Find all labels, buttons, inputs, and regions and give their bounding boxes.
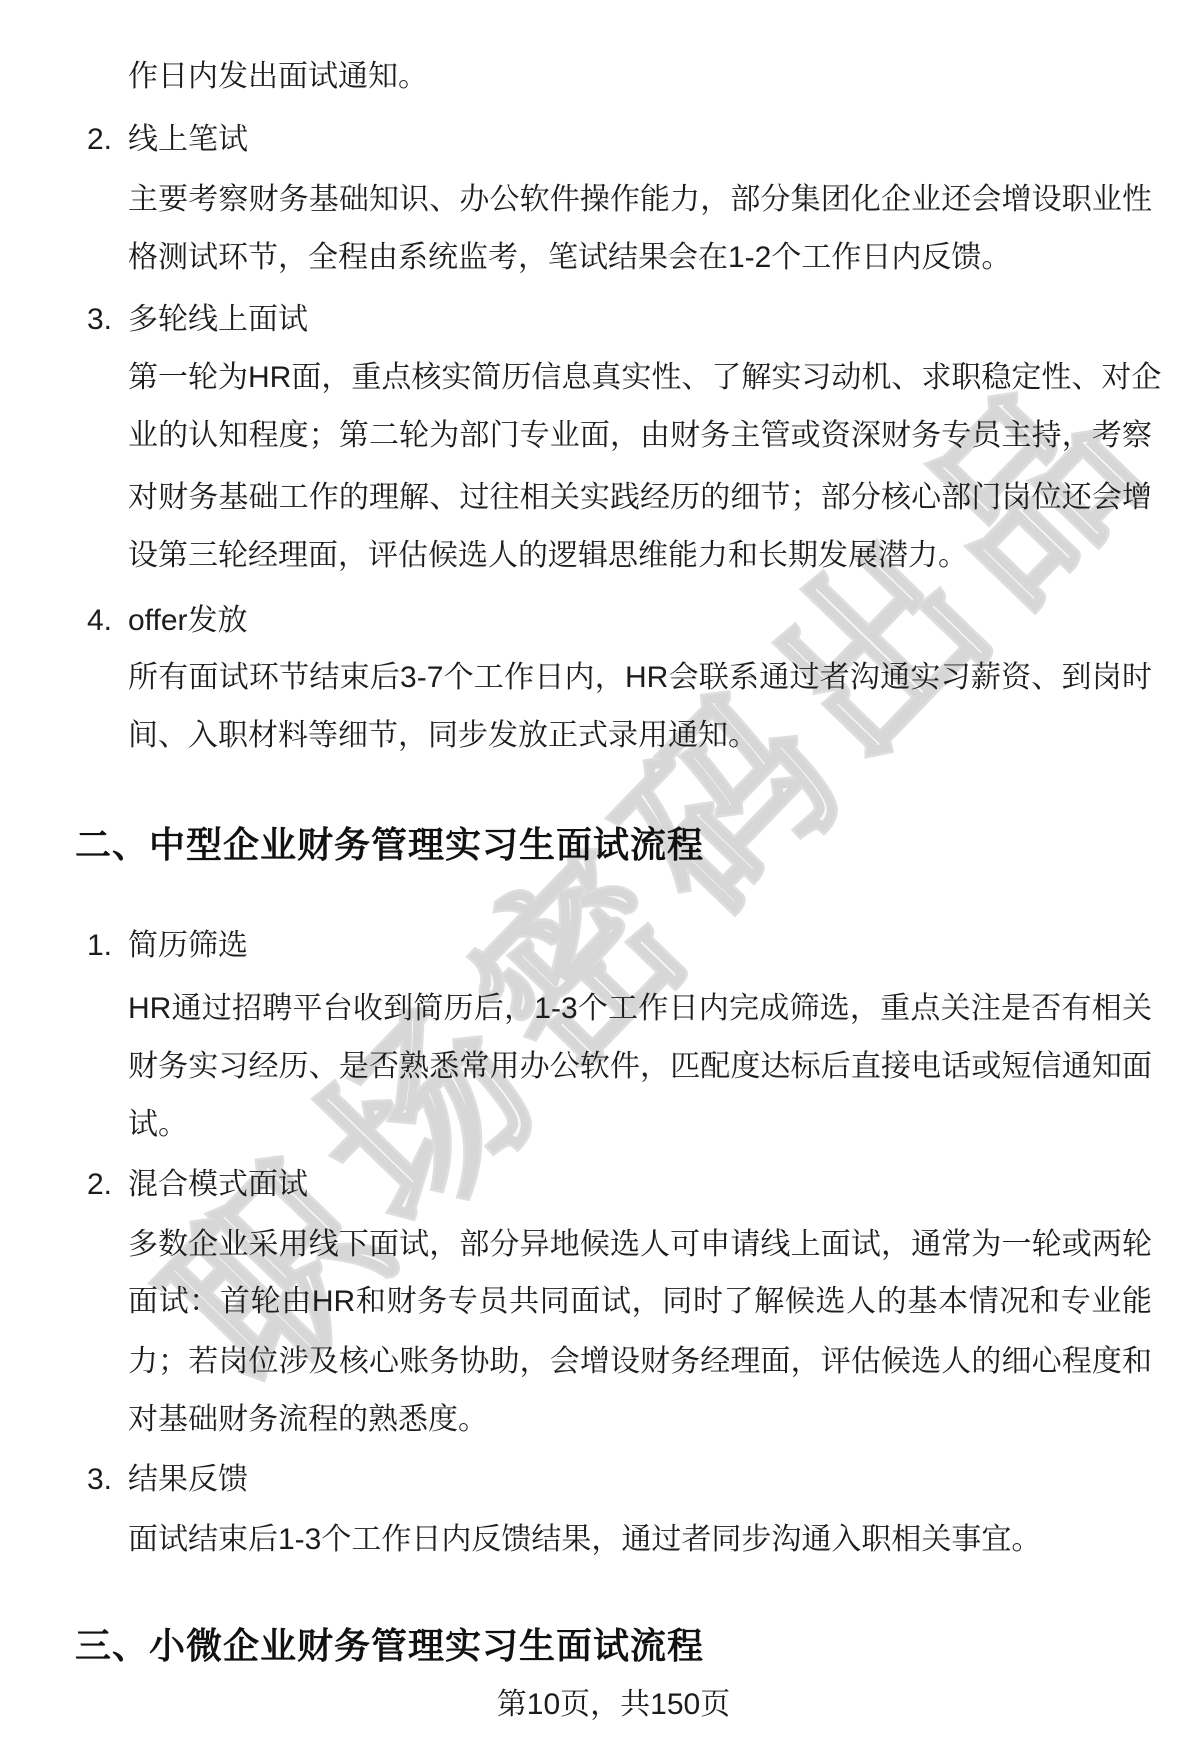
paragraph-line: 格测试环节，全程由系统监考，笔试结果会在1-2个工作日内反馈。 <box>128 229 1152 287</box>
list-item: 2.线上笔试 <box>87 111 1152 169</box>
paragraph-line: HR通过招聘平台收到简历后，1-3个工作日内完成筛选，重点关注是否有相关 <box>128 980 1152 1038</box>
paragraph-line: 设第三轮经理面，评估候选人的逻辑思维能力和长期发展潜力。 <box>128 527 1152 585</box>
paragraph-line: 对基础财务流程的熟悉度。 <box>128 1391 1152 1449</box>
paragraph-line: 面试结束后1-3个工作日内反馈结果，通过者同步沟通入职相关事宜。 <box>128 1511 1152 1569</box>
paragraph-line: 间、入职材料等细节，同步发放正式录用通知。 <box>128 707 1152 765</box>
list-item-number: 2. <box>87 1156 128 1214</box>
list-item-number: 3. <box>87 1451 128 1509</box>
list-item-number: 4. <box>87 592 128 650</box>
document-page: 职场密码出品 作日内发出面试通知。 2.线上笔试 主要考察财务基础知识、办公软件… <box>0 0 1200 1755</box>
list-item-title: 线上笔试 <box>128 123 248 156</box>
list-item-number: 2. <box>87 111 128 169</box>
list-item: 2.混合模式面试 <box>87 1156 1152 1214</box>
list-item-number: 3. <box>87 291 128 349</box>
list-item-number: 1. <box>87 917 128 975</box>
paragraph-line: 对财务基础工作的理解、过往相关实践经历的细节；部分核心部门岗位还会增 <box>128 469 1152 527</box>
section-heading: 二、中型企业财务管理实习生面试流程 <box>75 816 1152 874</box>
list-item-title: 混合模式面试 <box>128 1168 308 1201</box>
paragraph-line: 财务实习经历、是否熟悉常用办公软件，匹配度达标后直接电话或短信通知面 <box>128 1038 1152 1096</box>
list-item: 3.多轮线上面试 <box>87 291 1152 349</box>
paragraph-line: 第一轮为HR面，重点核实简历信息真实性、了解实习动机、求职稳定性、对企 <box>128 349 1152 407</box>
page-footer: 第10页，共150页 <box>75 1676 1152 1734</box>
list-item-title: 多轮线上面试 <box>128 303 308 336</box>
paragraph-line: 业的认知程度；第二轮为部门专业面，由财务主管或资深财务专员主持，考察 <box>128 407 1152 465</box>
paragraph-line: 试。 <box>128 1096 1152 1154</box>
paragraph-line: 面试：首轮由HR和财务专员共同面试，同时了解候选人的基本情况和专业能 <box>128 1273 1152 1331</box>
paragraph-line: 力；若岗位涉及核心账务协助，会增设财务经理面，评估候选人的细心程度和 <box>128 1333 1152 1391</box>
list-item: 3.结果反馈 <box>87 1451 1152 1509</box>
list-item-title: 简历筛选 <box>128 929 248 962</box>
paragraph-line: 作日内发出面试通知。 <box>128 48 1152 106</box>
list-item-title: 结果反馈 <box>128 1463 248 1496</box>
paragraph-line: 所有面试环节结束后3-7个工作日内，HR会联系通过者沟通实习薪资、到岗时 <box>128 649 1152 707</box>
paragraph-line: 主要考察财务基础知识、办公软件操作能力，部分集团化企业还会增设职业性 <box>128 171 1152 229</box>
list-item-title: offer发放 <box>128 604 248 637</box>
section-heading: 三、小微企业财务管理实习生面试流程 <box>75 1617 1152 1675</box>
paragraph-line: 多数企业采用线下面试，部分异地候选人可申请线上面试，通常为一轮或两轮 <box>128 1216 1152 1274</box>
list-item: 1.简历筛选 <box>87 917 1152 975</box>
list-item: 4.offer发放 <box>87 592 1152 650</box>
